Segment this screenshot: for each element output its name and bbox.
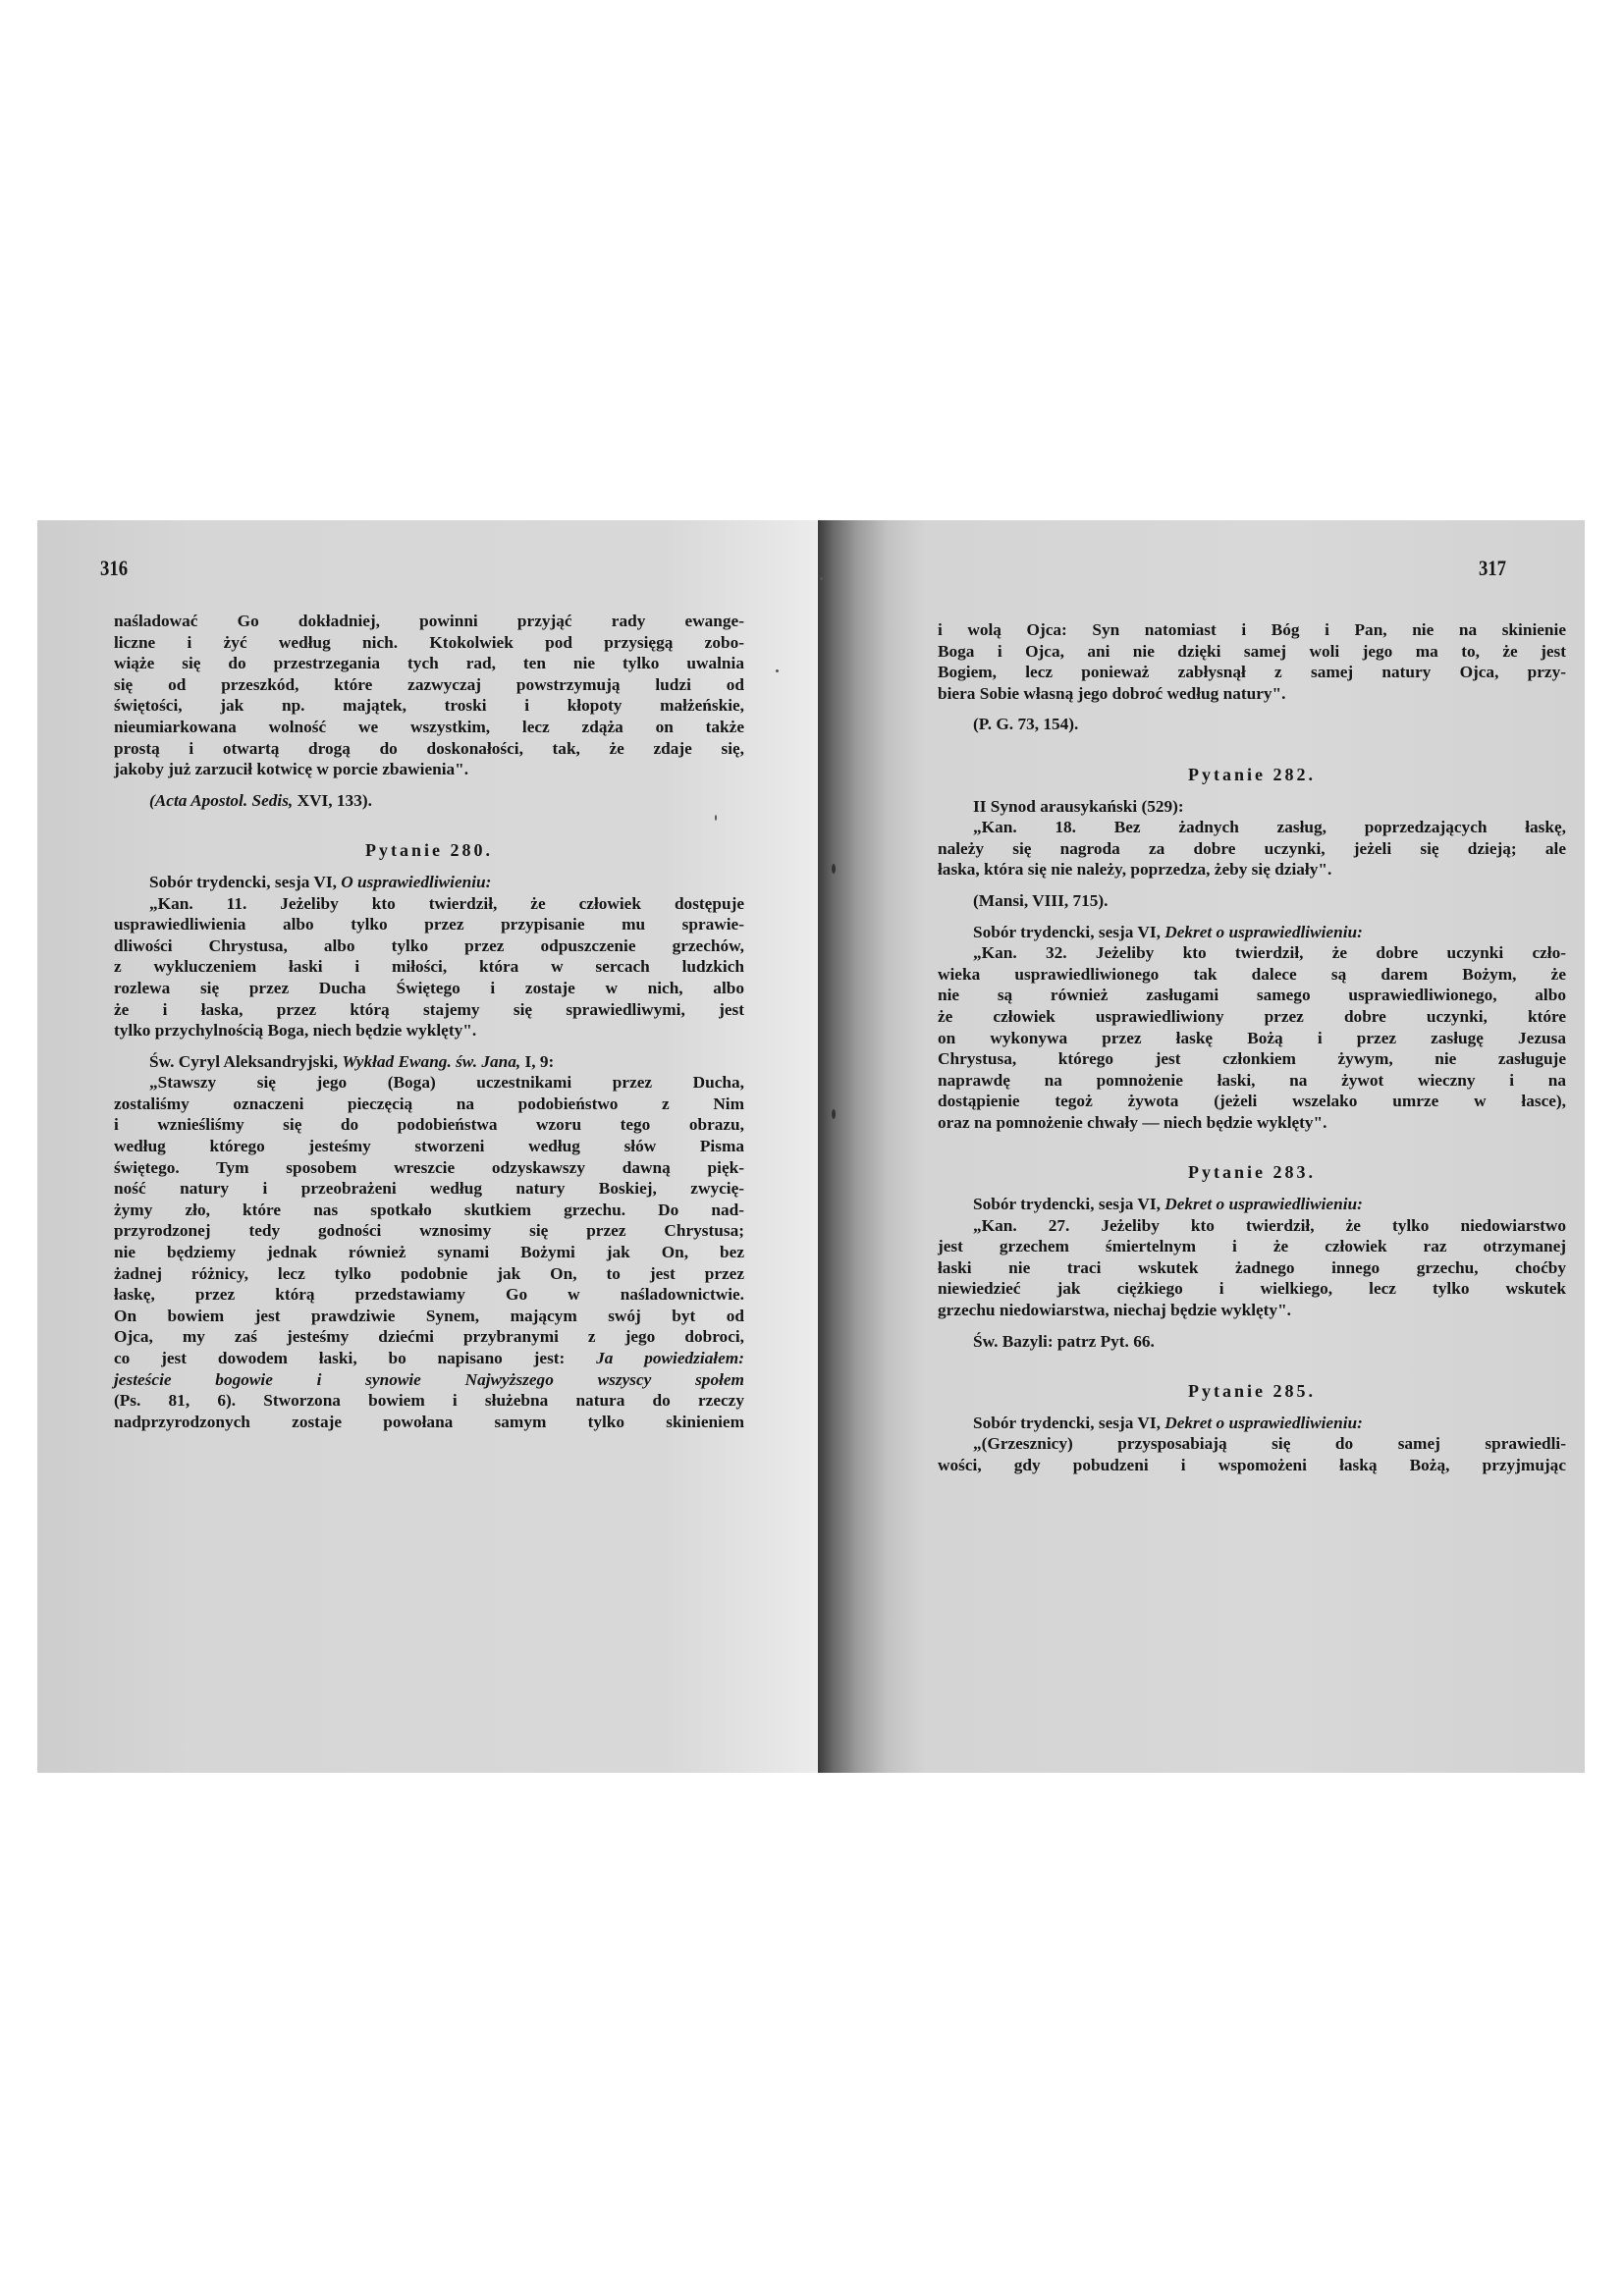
source-title: O usprawiedliwieniu: xyxy=(341,873,491,891)
text-run: nie będziemy jednak również synami Bożym… xyxy=(114,1243,744,1261)
source-text: Sobór trydencki, sesja VI, xyxy=(149,873,341,891)
page-number-right: 317 xyxy=(1479,556,1506,581)
text-line: grzechu niedowiarstwa, niechaj będzie wy… xyxy=(938,1300,1566,1321)
text-line: liczne i żyć według nich. Ktokolwiek pod… xyxy=(114,632,744,654)
text-run: przyrodzonej tedy godności wznosimy się … xyxy=(114,1221,744,1240)
text-run: należy się nagroda za dobre uczynki, jeż… xyxy=(938,839,1566,858)
text-run: wieka usprawiedliwionego tak dalece są d… xyxy=(938,965,1566,984)
text-line: „Kan. 18. Bez żadnych zasług, poprzedzaj… xyxy=(938,817,1566,838)
citation-line: (Mansi, VIII, 715). xyxy=(938,890,1566,912)
spacer xyxy=(114,811,744,840)
text-run: „Kan. 27. Jeżeliby kto twierdził, że tyl… xyxy=(973,1216,1566,1235)
text-line: świętości, jak np. majątek, troski i kło… xyxy=(114,695,744,717)
text-run: on wykonywa przez łaskę Bożą i przez zas… xyxy=(938,1029,1566,1047)
text-line: że człowiek usprawiedliwiony przez dobre… xyxy=(938,1006,1566,1028)
text-run: wości, gdy pobudzeni i wspomożeni łaską … xyxy=(938,1456,1566,1474)
citation-line: (P. G. 73, 154). xyxy=(938,714,1566,735)
source-ref: I, 9: xyxy=(520,1052,554,1071)
text-run: Ojca, my zaś jesteśmy dziećmi przybranym… xyxy=(114,1327,744,1346)
text-run: według którego jesteśmy stworzeni według… xyxy=(114,1137,744,1155)
source-line: Św. Cyryl Aleksandryjski, Wykład Ewang. … xyxy=(114,1051,744,1073)
text-line: że i łaska, przez którą stajemy się spra… xyxy=(114,999,744,1021)
text-run: jakoby już zarzucił kotwicę w porcie zba… xyxy=(114,760,468,778)
text-line: nie będziemy jednak również synami Bożym… xyxy=(114,1242,744,1263)
text-run: „Stawszy się jego (Boga) uczestnikami pr… xyxy=(149,1073,744,1092)
text-line: i wznieśliśmy się do podobieństwa wzoru … xyxy=(114,1114,744,1136)
text-run: nieumiarkowana wolność we wszystkim, lec… xyxy=(114,718,744,736)
spacer xyxy=(114,1041,744,1051)
question-heading: Pytanie 282. xyxy=(938,765,1566,786)
text-line: dostąpienie tegoż żywota (jeżeli wszelak… xyxy=(938,1091,1566,1112)
text-run: tylko przychylnością Boga, niech będzie … xyxy=(114,1021,476,1040)
text-line: Bogiem, lecz ponieważ zabłysnął z samej … xyxy=(938,662,1566,683)
text-run: liczne i żyć według nich. Ktokolwiek pod… xyxy=(114,633,744,652)
text-line: jest grzechem śmiertelnym i że człowiek … xyxy=(938,1236,1566,1257)
text-run: On bowiem jest prawdziwie Synem, mającym… xyxy=(114,1307,744,1325)
text-line: „Kan. 32. Jeżeliby kto twierdził, że dob… xyxy=(938,942,1566,964)
text-run: Boga i Ojca, ani nie dzięki samej woli j… xyxy=(938,642,1566,661)
text-line: nadprzyrodzonych zostaje powołana samym … xyxy=(114,1412,744,1433)
source-text: Sobór trydencki, sesja VI, xyxy=(973,1195,1164,1213)
scan-speck xyxy=(776,669,779,672)
text-run: ność natury i przeobrażeni według natury… xyxy=(114,1179,744,1198)
text-run: Chrystusa, którego jest członkiem żywym,… xyxy=(938,1049,1566,1068)
text-line: jesteście bogowie i synowie Najwyższego … xyxy=(114,1369,744,1391)
text-line: naśladować Go dokładniej, powinni przyją… xyxy=(114,611,744,632)
text-run: „Kan. 11. Jeżeliby kto twierdził, że czł… xyxy=(149,894,744,913)
text-line: „Stawszy się jego (Boga) uczestnikami pr… xyxy=(114,1072,744,1094)
text-line: wości, gdy pobudzeni i wspomożeni łaską … xyxy=(938,1455,1566,1476)
text-run: Bogiem, lecz ponieważ zabłysnął z samej … xyxy=(938,663,1566,681)
source-text: Św. Cyryl Aleksandryjski, xyxy=(149,1052,342,1071)
text-run: łaska, która się nie należy, poprzedza, … xyxy=(938,860,1331,879)
text-line: wiąże się do przestrzegania tych rad, te… xyxy=(114,653,744,674)
text-run: żymy zło, które nas spotkało skutkiem gr… xyxy=(114,1201,744,1219)
italic-run: Ja powiedziałem: xyxy=(596,1349,744,1367)
text-line: „(Grzesznicy) przysposabiają się do same… xyxy=(938,1433,1566,1455)
spacer xyxy=(938,1133,1566,1162)
source-title: Wykład Ewang. św. Jana, xyxy=(342,1052,520,1071)
text-run: świętego. Tym sposobem wreszcie odzyskaw… xyxy=(114,1158,744,1177)
text-line: oraz na pomnożenie chwały — niech będzie… xyxy=(938,1112,1566,1134)
text-run: dliwości Chrystusa, albo tylko przez odp… xyxy=(114,936,744,955)
text-line: Ojca, my zaś jesteśmy dziećmi przybranym… xyxy=(114,1326,744,1348)
text-run: się od przeszkód, które zazwyczaj powstr… xyxy=(114,675,744,694)
text-line: Chrystusa, którego jest członkiem żywym,… xyxy=(938,1048,1566,1070)
question-heading: Pytanie 285. xyxy=(938,1381,1566,1403)
text-run: „Kan. 32. Jeżeliby kto twierdził, że dob… xyxy=(973,943,1566,962)
spacer xyxy=(114,862,744,872)
text-line: z wykluczeniem łaski i miłości, która w … xyxy=(114,956,744,978)
spacer xyxy=(114,780,744,790)
text-line: (Ps. 81, 6). Stworzona bowiem i służebna… xyxy=(114,1390,744,1412)
spacer xyxy=(938,786,1566,796)
text-run: oraz na pomnożenie chwały — niech będzie… xyxy=(938,1113,1326,1132)
text-line: żymy zło, które nas spotkało skutkiem gr… xyxy=(114,1200,744,1221)
source-text: II Synod arausykański (529): xyxy=(973,797,1184,816)
spacer xyxy=(938,881,1566,890)
text-run: łaskę, przez którą przedstawiamy Go w na… xyxy=(114,1285,744,1304)
source-line: Sobór trydencki, sesja VI, Dekret o uspr… xyxy=(938,1194,1566,1215)
text-run: niewiedzieć jak ciężkiego i wielkiego, l… xyxy=(938,1279,1566,1298)
citation-ref: XVI, 133). xyxy=(293,791,372,810)
scan-speck xyxy=(715,815,717,821)
spacer xyxy=(938,912,1566,922)
left-page-text: naśladować Go dokładniej, powinni przyją… xyxy=(114,611,744,1432)
right-page: 317 i wolą Ojca: Syn natomiast i Bóg i P… xyxy=(818,520,1585,1773)
text-run: prostą i otwartą drogą do doskonałości, … xyxy=(114,739,744,758)
text-run: nie są również zasługami samego usprawie… xyxy=(938,986,1566,1004)
text-line: należy się nagroda za dobre uczynki, jeż… xyxy=(938,838,1566,860)
question-heading: Pytanie 283. xyxy=(938,1162,1566,1184)
text-run: że człowiek usprawiedliwiony przez dobre… xyxy=(938,1007,1566,1026)
source-line: Św. Bazyli: patrz Pyt. 66. xyxy=(938,1331,1566,1353)
text-run: że i łaska, przez którą stajemy się spra… xyxy=(114,1000,744,1019)
scan-speck xyxy=(832,1109,836,1119)
text-line: nie są również zasługami samego usprawie… xyxy=(938,985,1566,1006)
text-line: łaska, która się nie należy, poprzedza, … xyxy=(938,859,1566,881)
scan-speck xyxy=(820,577,823,580)
text-line: tylko przychylnością Boga, niech będzie … xyxy=(114,1020,744,1041)
spacer xyxy=(938,1184,1566,1194)
text-run: (Ps. 81, 6). Stworzona bowiem i służebna… xyxy=(114,1391,744,1410)
text-line: według którego jesteśmy stworzeni według… xyxy=(114,1136,744,1157)
source-title: Dekret o usprawiedliwieniu: xyxy=(1164,1414,1363,1432)
citation-line: (Acta Apostol. Sedis, XVI, 133). xyxy=(114,790,744,812)
text-line: łaski nie traci wskutek żadnego innego g… xyxy=(938,1257,1566,1279)
text-line: nieumiarkowana wolność we wszystkim, lec… xyxy=(114,717,744,738)
source-line: Sobór trydencki, sesja VI, O usprawiedli… xyxy=(114,872,744,893)
text-line: naprawdę na pomnożenie łaski, na żywot w… xyxy=(938,1070,1566,1092)
text-run: jest grzechem śmiertelnym i że człowiek … xyxy=(938,1237,1566,1255)
page-number-left: 316 xyxy=(100,556,128,581)
text-line: „Kan. 11. Jeżeliby kto twierdził, że czł… xyxy=(114,893,744,915)
text-run: i wznieśliśmy się do podobieństwa wzoru … xyxy=(114,1115,744,1134)
left-page: 316 naśladować Go dokładniej, powinni pr… xyxy=(37,520,818,1773)
text-run: grzechu niedowiarstwa, niechaj będzie wy… xyxy=(938,1301,1291,1319)
text-run: żadnej różnicy, lecz tylko podobnie jak … xyxy=(114,1264,744,1283)
text-line: „Kan. 27. Jeżeliby kto twierdził, że tyl… xyxy=(938,1215,1566,1237)
text-line: biera Sobie własną jego dobroć według na… xyxy=(938,683,1566,705)
text-run: „(Grzesznicy) przysposabiają się do same… xyxy=(973,1434,1566,1453)
text-line: przyrodzonej tedy godności wznosimy się … xyxy=(114,1220,744,1242)
text-line: świętego. Tym sposobem wreszcie odzyskaw… xyxy=(114,1157,744,1179)
text-run: świętości, jak np. majątek, troski i kło… xyxy=(114,696,744,715)
text-line: się od przeszkód, które zazwyczaj powstr… xyxy=(114,674,744,696)
book-scan: 316 naśladować Go dokładniej, powinni pr… xyxy=(37,520,1585,1773)
text-line: niewiedzieć jak ciężkiego i wielkiego, l… xyxy=(938,1278,1566,1300)
scan-speck xyxy=(832,864,836,874)
text-run: „Kan. 18. Bez żadnych zasług, poprzedzaj… xyxy=(973,818,1566,836)
source-text: Sobór trydencki, sesja VI, xyxy=(973,1414,1164,1432)
italic-run: jesteście bogowie i synowie Najwyższego … xyxy=(114,1370,744,1389)
spacer xyxy=(938,1403,1566,1413)
spacer xyxy=(938,1321,1566,1331)
text-run: zostaliśmy oznaczeni pieczęcią na podobi… xyxy=(114,1095,744,1113)
question-heading: Pytanie 280. xyxy=(114,840,744,862)
text-run: nadprzyrodzonych zostaje powołana samym … xyxy=(114,1413,744,1431)
spacer xyxy=(938,1352,1566,1381)
text-run: łaski nie traci wskutek żadnego innego g… xyxy=(938,1258,1566,1277)
text-run: naprawdę na pomnożenie łaski, na żywot w… xyxy=(938,1071,1566,1090)
text-line: rozlewa się przez Ducha Świętego i zosta… xyxy=(114,978,744,999)
source-text: Św. Bazyli: patrz Pyt. 66. xyxy=(973,1332,1155,1351)
citation-title: (Acta Apostol. Sedis, xyxy=(149,791,293,810)
text-line: żadnej różnicy, lecz tylko podobnie jak … xyxy=(114,1263,744,1285)
text-run: dostąpienie tegoż żywota (jeżeli wszelak… xyxy=(938,1092,1566,1110)
text-line: zostaliśmy oznaczeni pieczęcią na podobi… xyxy=(114,1094,744,1115)
source-line: Sobór trydencki, sesja VI, Dekret o uspr… xyxy=(938,1413,1566,1434)
text-line: łaskę, przez którą przedstawiamy Go w na… xyxy=(114,1284,744,1306)
spacer xyxy=(938,735,1566,765)
text-run: co jest dowodem łaski, bo napisano jest: xyxy=(114,1349,596,1367)
text-line: Boga i Ojca, ani nie dzięki samej woli j… xyxy=(938,641,1566,663)
text-run: i wolą Ojca: Syn natomiast i Bóg i Pan, … xyxy=(938,620,1566,639)
text-line: On bowiem jest prawdziwie Synem, mającym… xyxy=(114,1306,744,1327)
text-line: prostą i otwartą drogą do doskonałości, … xyxy=(114,738,744,760)
source-line: II Synod arausykański (529): xyxy=(938,796,1566,818)
text-line: i wolą Ojca: Syn natomiast i Bóg i Pan, … xyxy=(938,619,1566,641)
source-line: Sobór trydencki, sesja VI, Dekret o uspr… xyxy=(938,922,1566,943)
text-line: jakoby już zarzucił kotwicę w porcie zba… xyxy=(114,759,744,780)
right-page-text: i wolą Ojca: Syn natomiast i Bóg i Pan, … xyxy=(938,619,1566,1476)
text-line: co jest dowodem łaski, bo napisano jest:… xyxy=(114,1348,744,1369)
text-run: wiąże się do przestrzegania tych rad, te… xyxy=(114,654,744,672)
text-run: naśladować Go dokładniej, powinni przyją… xyxy=(114,612,744,630)
text-line: usprawiedliwienia albo tylko przez przyp… xyxy=(114,914,744,935)
source-title: Dekret o usprawiedliwieniu: xyxy=(1164,1195,1363,1213)
text-line: wieka usprawiedliwionego tak dalece są d… xyxy=(938,964,1566,986)
text-run: rozlewa się przez Ducha Świętego i zosta… xyxy=(114,979,744,997)
spacer xyxy=(938,704,1566,714)
text-run: usprawiedliwienia albo tylko przez przyp… xyxy=(114,915,744,934)
text-run: z wykluczeniem łaski i miłości, która w … xyxy=(114,957,744,976)
text-line: on wykonywa przez łaskę Bożą i przez zas… xyxy=(938,1028,1566,1049)
text-line: ność natury i przeobrażeni według natury… xyxy=(114,1178,744,1200)
source-title: Dekret o usprawiedliwieniu: xyxy=(1164,923,1363,941)
source-text: Sobór trydencki, sesja VI, xyxy=(973,923,1164,941)
text-line: dliwości Chrystusa, albo tylko przez odp… xyxy=(114,935,744,957)
text-run: biera Sobie własną jego dobroć według na… xyxy=(938,684,1285,703)
